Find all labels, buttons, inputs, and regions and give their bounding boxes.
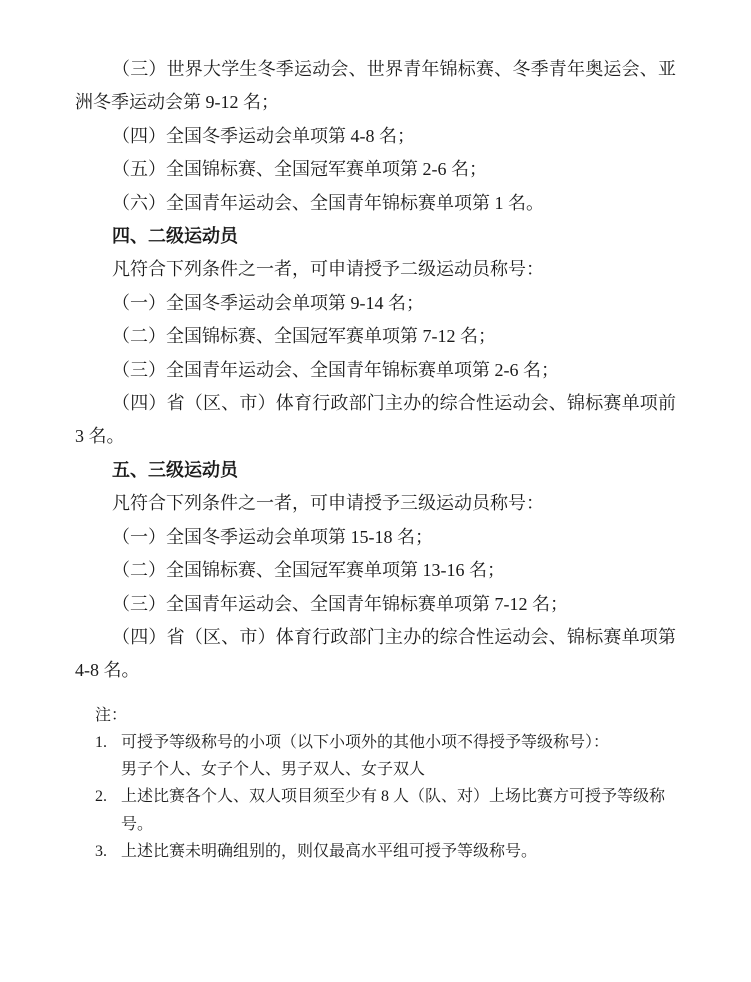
- clause-paragraph: （一）全国冬季运动会单项第 15-18 名；: [75, 521, 676, 554]
- note-continuation: 男子个人、女子个人、男子双人、女子双人: [121, 756, 676, 783]
- clause-paragraph: （五）全国锦标赛、全国冠军赛单项第 2-6 名；: [75, 153, 676, 186]
- clause-paragraph: （一）全国冬季运动会单项第 9-14 名；: [75, 287, 676, 320]
- note-number: 2.: [95, 783, 107, 810]
- clause-paragraph: （四）省（区、市）体育行政部门主办的综合性运动会、锦标赛单项第 4-8 名。: [75, 621, 676, 688]
- section-intro: 凡符合下列条件之一者，可申请授予二级运动员称号：: [75, 253, 676, 286]
- notes-label: 注：: [95, 702, 676, 729]
- document-body: （三）世界大学生冬季运动会、世界青年锦标赛、冬季青年奥运会、亚洲冬季运动会第 9…: [75, 53, 676, 865]
- note-number: 1.: [95, 729, 107, 756]
- note-item: 2. 上述比赛各个人、双人项目须至少有 8 人（队、对）上场比赛方可授予等级称号…: [95, 783, 676, 837]
- note-item: 1. 可授予等级称号的小项（以下小项外的其他小项不得授予等级称号）：: [95, 729, 676, 756]
- section-heading-grade2: 四、二级运动员: [75, 220, 676, 253]
- note-text: 可授予等级称号的小项（以下小项外的其他小项不得授予等级称号）：: [121, 734, 609, 751]
- note-text: 上述比赛各个人、双人项目须至少有 8 人（队、对）上场比赛方可授予等级称号。: [121, 788, 665, 832]
- clause-paragraph: （三）全国青年运动会、全国青年锦标赛单项第 7-12 名；: [75, 588, 676, 621]
- notes-section: 注： 1. 可授予等级称号的小项（以下小项外的其他小项不得授予等级称号）： 男子…: [95, 702, 676, 865]
- section-intro: 凡符合下列条件之一者，可申请授予三级运动员称号：: [75, 487, 676, 520]
- clause-paragraph: （二）全国锦标赛、全国冠军赛单项第 7-12 名；: [75, 320, 676, 353]
- clause-paragraph: （二）全国锦标赛、全国冠军赛单项第 13-16 名；: [75, 554, 676, 587]
- note-item: 3. 上述比赛未明确组别的，则仅最高水平组可授予等级称号。: [95, 838, 676, 865]
- clause-paragraph: （四）全国冬季运动会单项第 4-8 名；: [75, 120, 676, 153]
- note-number: 3.: [95, 838, 107, 865]
- clause-paragraph: （三）世界大学生冬季运动会、世界青年锦标赛、冬季青年奥运会、亚洲冬季运动会第 9…: [75, 53, 676, 120]
- clause-paragraph: （六）全国青年运动会、全国青年锦标赛单项第 1 名。: [75, 187, 676, 220]
- clause-paragraph: （三）全国青年运动会、全国青年锦标赛单项第 2-6 名；: [75, 354, 676, 387]
- section-heading-grade3: 五、三级运动员: [75, 454, 676, 487]
- note-text: 上述比赛未明确组别的，则仅最高水平组可授予等级称号。: [121, 843, 537, 860]
- clause-paragraph: （四）省（区、市）体育行政部门主办的综合性运动会、锦标赛单项前 3 名。: [75, 387, 676, 454]
- document-page: （三）世界大学生冬季运动会、世界青年锦标赛、冬季青年奥运会、亚洲冬季运动会第 9…: [0, 0, 751, 982]
